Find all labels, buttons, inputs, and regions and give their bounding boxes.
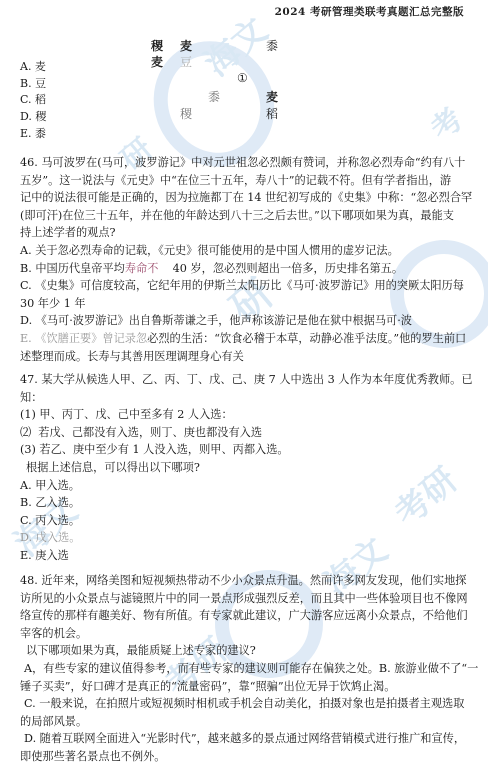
- q47-stem-line: 知：: [20, 389, 475, 407]
- q46-option-e-cont: 述整理而成。长寿与其善用医理调理身心有关: [20, 348, 475, 366]
- q48-stem-line: 48. 近年来，网络美图和短视频热带动不少小众景点升温。然而许多网友发现，他们实…: [20, 572, 475, 590]
- question-46: 46. 马可波罗在(马可，波罗游记》中对元世祖忽必烈颇有赞词，并称忽必烈寿命“约…: [20, 154, 475, 365]
- q48-option-d: D. 随着互联网全面进入“光影时代”，越来越多的景点通过网络营销模式进行推广和宣…: [20, 730, 475, 748]
- q46-option-b-text: 40 岁，忽必烈则超出一倍多，历史排名第五。: [158, 262, 403, 275]
- q48-option-c: C. 一般来说，在拍照片或短视频时相机或手机会自动美化，拍摄对象也是拍摄者主观选…: [20, 695, 475, 713]
- diagram-cell: 稷: [180, 105, 192, 122]
- q48-stem-line: 宰客的机会。: [20, 625, 475, 643]
- q47-option-d: D. 戊入选。: [20, 529, 475, 547]
- q47-condition: ⑵ 若戊、己都没有入选，则丁、庚也都没有入选: [20, 424, 475, 442]
- q48-question: 以下哪项如果为真，最能质疑上述专家的建议?: [20, 642, 475, 660]
- q47-option-a: A. 甲入选。: [20, 477, 475, 495]
- q47-option-e: E. 庚入选: [20, 547, 475, 565]
- q46-stem-line: 记中的说法很可能是正确的，因为拉施都丁在 14 世纪初写成的《史集》中称：“忽必…: [20, 189, 475, 207]
- q45-option-a: A. 麦: [20, 59, 46, 76]
- q47-stem-line: 47. 某大学从候选人甲、乙、丙、丁、戊、己、庚 7 人中选出 3 人作为本年度…: [20, 371, 475, 389]
- q48-stem-line: 络宣传的那样有趣美好、物有所值。有专家就此建议，广大游客应远离小众景点，不给他们: [20, 607, 475, 625]
- q45-option-e: E. 黍: [20, 126, 46, 143]
- diagram-cell: 麦: [180, 37, 192, 54]
- q46-option-c-cont: 30 年少 1 年: [20, 295, 475, 313]
- q46-option-b: B. 中国历代皇帝平均寿命不 40 岁，忽必烈则超出一倍多，历史排名第五。: [20, 260, 475, 278]
- q47-condition: (3) 若乙、庚中至少有 1 人没入选，则甲、丙都入选。: [20, 441, 475, 459]
- q48-option-b-cont: 锤子买卖”，好口碑才是真正的“流量密码”，靠“照骗”出位无异于饮鸩止渴。: [20, 678, 475, 696]
- q46-option-d: D. 《马可·波罗游记》出自鲁斯蒂谦之手，他声称该游记是他在狱中根据马可·波: [20, 312, 475, 330]
- page-header: 2024 考研管理类联考真题汇总完整版: [275, 4, 464, 19]
- diagram-cell: 豆: [180, 53, 192, 70]
- q46-option-e: E. 《饮膳正要》曾记录忽必烈的生活：“饮食必稽于本草，动静必准乎法度。”他的罗…: [20, 330, 475, 348]
- diagram-cell: 麦: [151, 53, 163, 70]
- q46-stem-line: 46. 马可波罗在(马可，波罗游记》中对元世祖忽必烈颇有赞词，并称忽必烈寿命“约…: [20, 154, 475, 172]
- q46-stem-line: (即可汗)在位三十五年，并在他的年龄达到八十三之后去世。”以下哪项如果为真，最能…: [20, 207, 475, 225]
- q46-stem-line: 持上述学者的观点?: [20, 224, 475, 242]
- diagram-cell: 稻: [266, 105, 278, 122]
- q45-option-c: C. 稻: [20, 92, 46, 109]
- q46-option-c: C. 《史集》可信度较高，它纪年用的伊斯兰太阳历比《马可·波罗游记》用的突厥太阳…: [20, 277, 475, 295]
- q45-option-b: B. 豆: [20, 76, 46, 93]
- q48-option-ab: A，有些专家的建议值得参考，而有些专家的建议则可能存在偏狭之处。B. 旅游业做不…: [20, 660, 475, 678]
- q47-condition: (1) 甲、丙丁、戊、己中至多有 2 人入选：: [20, 406, 475, 424]
- diagram-cell: 稷: [151, 37, 163, 54]
- question-48: 48. 近年来，网络美图和短视频热带动不少小众景点升温。然而许多网友发现，他们实…: [20, 572, 475, 763]
- q47-question: 根据上述信息，可以得出以下哪项?: [20, 459, 475, 477]
- q46-option-a: A. 关于忽必烈寿命的记载，《元史》很可能使用的是中国人惯用的虚岁记法。: [20, 242, 475, 260]
- q48-option-d-cont: 即使那些著名景点也不例外。: [20, 748, 475, 763]
- q48-option-c-cont: 的局部风景。: [20, 713, 475, 731]
- diagram-cell: 黍: [208, 88, 220, 105]
- q45-options: A. 麦 B. 豆 C. 稻 D. 稷 E. 黍: [20, 59, 46, 143]
- q46-option-e-text: 必烈的生活：“饮食必稽于本草，动静必准乎法度。”他的罗生前口: [147, 332, 466, 345]
- q46-stem-line: 五岁”。这一说法与《元史》中“在位三十五年，寿八十”的记载不符。但有学者指出，游: [20, 172, 475, 190]
- diagram-cell: 麦: [266, 88, 278, 105]
- q46-option-b-highlight: 寿命不: [125, 262, 159, 275]
- watermark-text: 考: [419, 96, 470, 149]
- q47-option-c: C. 丙入选。: [20, 512, 475, 530]
- q47-option-b: B. 乙入选。: [20, 494, 475, 512]
- q45-option-d: D. 稷: [20, 109, 46, 126]
- q48-stem-line: 访所见的小众景点与滤镜照片中的同一景点形成强烈反差，而且其中一些体验项目也不像网: [20, 590, 475, 608]
- diagram-cell: 黍: [266, 37, 278, 54]
- question-47: 47. 某大学从候选人甲、乙、丙、丁、戊、己、庚 7 人中选出 3 人作为本年度…: [20, 371, 475, 565]
- diagram-cell-marker: ①: [237, 71, 248, 85]
- q46-option-e-faint: E. 《饮膳正要》曾记录忽: [20, 332, 147, 345]
- q46-option-b-text: B. 中国历代皇帝平均: [20, 262, 125, 275]
